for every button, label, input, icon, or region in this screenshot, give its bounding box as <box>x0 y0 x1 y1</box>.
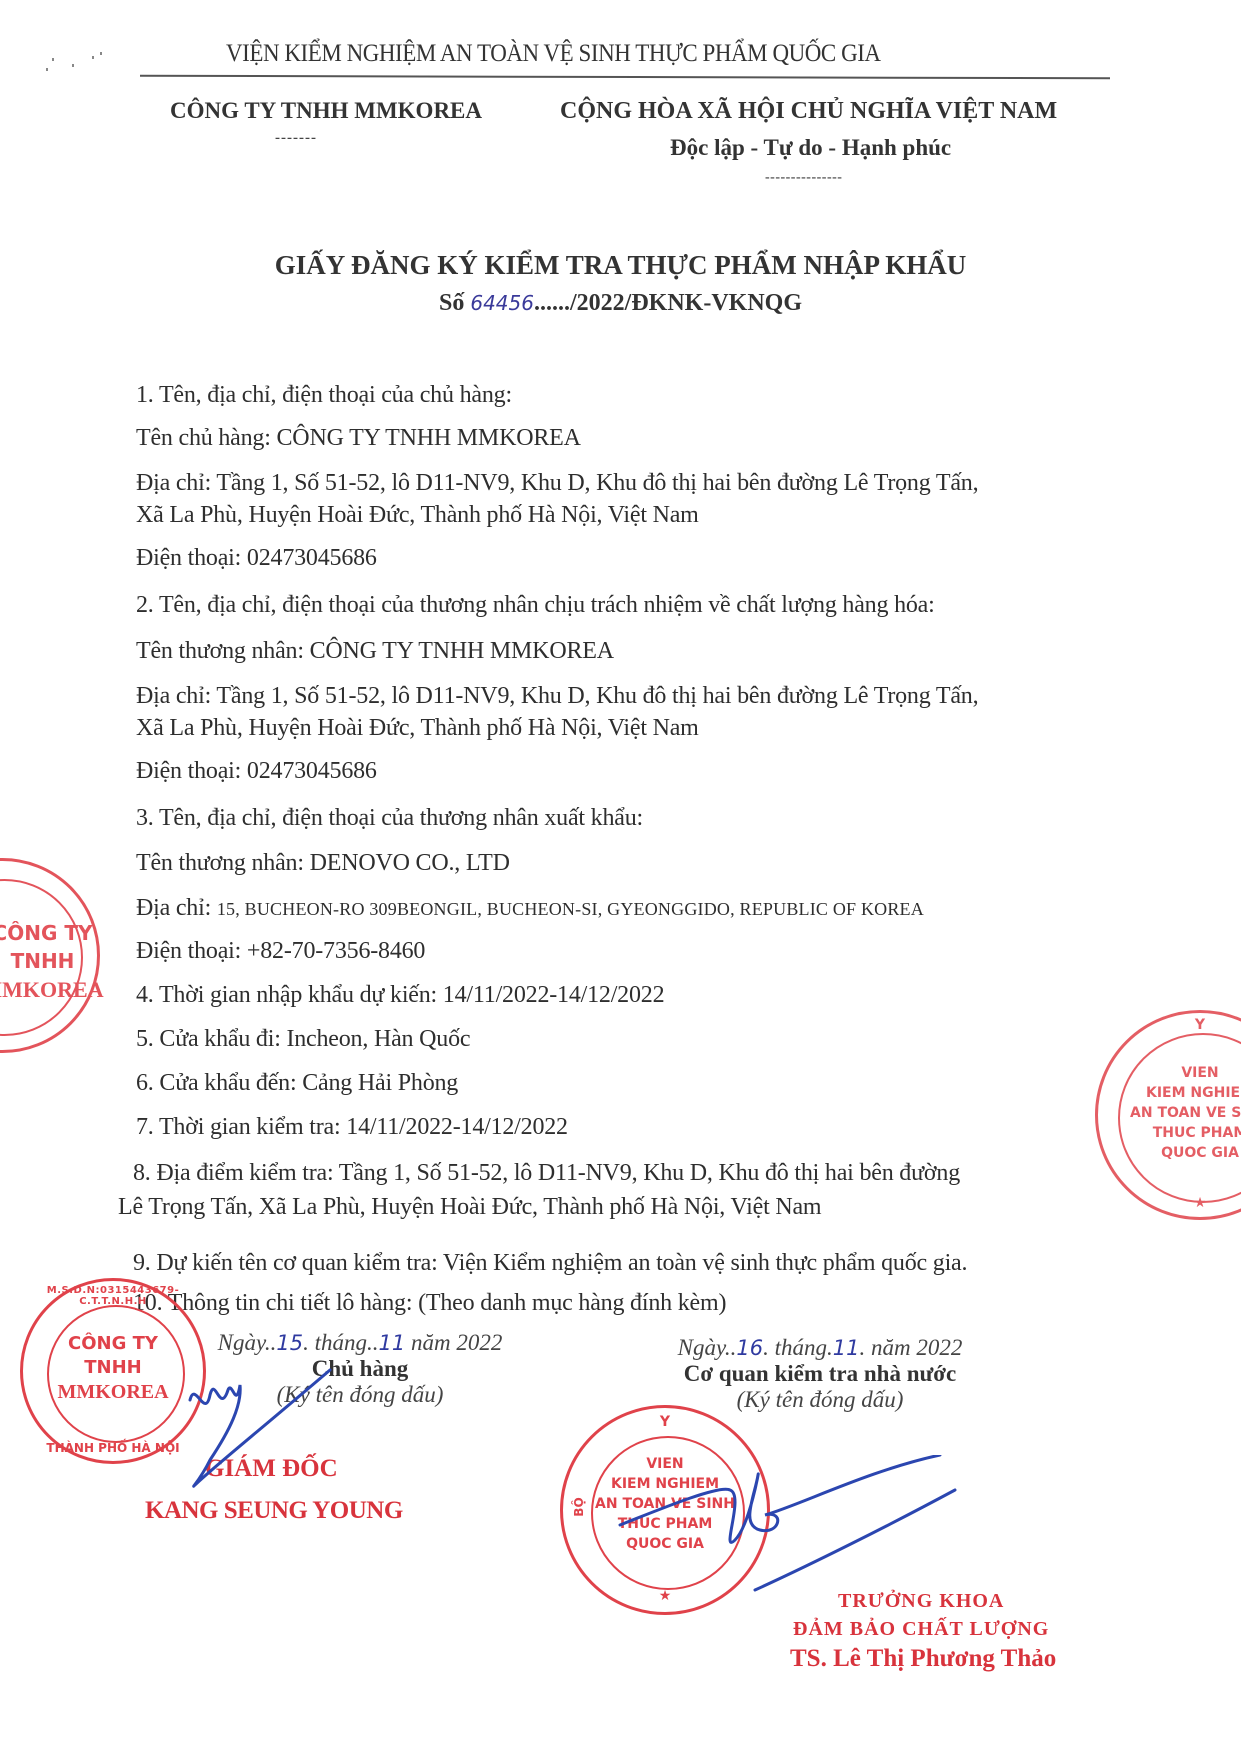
field-label: Tên thương nhân: <box>136 638 310 664</box>
authority-title-line1: TRƯỞNG KHOA <box>838 1590 1004 1613</box>
field-label: Địa chỉ: <box>136 470 216 496</box>
number-handwritten: 64456 <box>470 291 534 315</box>
section-1-address-cont: Xã La Phù, Huyện Hoài Đức, Thành phố Hà … <box>136 502 699 529</box>
section-2-phone: Điện thoại: 02473045686 <box>136 758 377 785</box>
document-number: Số 64456....../2022/ĐKNK-VKNQG <box>0 290 1241 317</box>
stamp-text: KIEM NGHIEM <box>1098 1085 1241 1101</box>
date-text: . năm 2022 <box>860 1335 963 1360</box>
stamp-text: VIEN <box>1098 1065 1241 1081</box>
stamp-text: AN TOAN VE SINH <box>1098 1105 1241 1121</box>
section-1-address: Địa chỉ: Tầng 1, Số 51-52, lô D11-NV9, K… <box>136 470 978 497</box>
field-label: Điện thoại: <box>136 545 247 571</box>
field-value: Tầng 1, Số 51-52, lô D11-NV9, Khu D, Khu… <box>216 470 978 496</box>
authority-title-line2: ĐẢM BẢO CHẤT LƯỢNG <box>793 1618 1049 1641</box>
handwritten-month: 11 <box>379 1331 406 1355</box>
institute-header: VIỆN KIỂM NGHIỆM AN TOÀN VỆ SINH THỰC PH… <box>226 40 881 68</box>
stamp-text: MMKOREA <box>0 977 137 1003</box>
authority-note: (Ký tên đóng dấu) <box>650 1387 990 1413</box>
handwritten-month: 11 <box>833 1336 860 1360</box>
section-1-phone: Điện thoại: 02473045686 <box>136 545 377 572</box>
field-value: DENOVO CO., LTD <box>310 850 510 876</box>
section-3-phone: Điện thoại: +82-70-7356-8460 <box>136 938 425 965</box>
field-value: 02473045686 <box>247 545 377 571</box>
owner-signature <box>170 1340 350 1500</box>
section-6: 6. Cửa khẩu đến: Cảng Hải Phòng <box>136 1070 458 1097</box>
field-value: CÔNG TY TNHH MMKOREA <box>310 638 614 664</box>
header-rule <box>140 75 1110 81</box>
owner-name: KANG SEUNG YOUNG <box>145 1497 403 1525</box>
stamp-ring-text: M.S.D.N:0315443679-C.T.T.N.H.H <box>23 1285 203 1307</box>
nation-title: CỘNG HÒA XÃ HỘI CHỦ NGHĨA VIỆT NAM <box>560 98 1057 125</box>
motto-divider: --------------- <box>765 170 842 186</box>
field-value: 02473045686 <box>247 758 377 784</box>
section-10: 10. Thông tin chi tiết lô hàng: (Theo da… <box>133 1290 726 1317</box>
section-3-address: Địa chỉ: 15, BUCHEON-RO 309BEONGIL, BUCH… <box>136 895 924 922</box>
section-2-heading: 2. Tên, địa chỉ, điện thoại của thương n… <box>136 592 935 619</box>
section-2-address: Địa chỉ: Tầng 1, Số 51-52, lô D11-NV9, K… <box>136 683 978 710</box>
stamp-text: THUC PHAM <box>1098 1125 1241 1141</box>
section-4: 4. Thời gian nhập khẩu dự kiến: 14/11/20… <box>136 982 664 1009</box>
stamp-text: CÔNG TY <box>0 921 137 945</box>
scan-specks <box>42 50 122 80</box>
national-motto: Độc lập - Tự do - Hạnh phúc <box>670 135 951 161</box>
section-3-name: Tên thương nhân: DENOVO CO., LTD <box>136 850 510 877</box>
field-label: Tên thương nhân: <box>136 850 310 876</box>
field-value: Tầng 1, Số 51-52, lô D11-NV9, Khu D, Khu… <box>216 683 978 709</box>
field-label: Điện thoại: <box>136 758 247 784</box>
field-label: Tên chủ hàng: <box>136 425 277 451</box>
field-value: +82-70-7356-8460 <box>247 938 425 964</box>
company-divider: ------- <box>275 130 317 147</box>
field-label: Địa chỉ: <box>136 683 216 709</box>
authority-date: Ngày..16. tháng.11. năm 2022 <box>650 1335 990 1361</box>
field-label: Điện thoại: <box>136 938 247 964</box>
company-stamp-partial: CÔNG TY TNHH MMKOREA <box>0 858 100 1053</box>
document-title: GIẤY ĐĂNG KÝ KIỂM TRA THỰC PHẨM NHẬP KHẨ… <box>0 250 1241 281</box>
company-name: CÔNG TY TNHH MMKOREA <box>170 98 482 124</box>
date-text: năm 2022 <box>405 1330 502 1355</box>
authority-signature-block: Ngày..16. tháng.11. năm 2022 Cơ quan kiể… <box>650 1335 990 1413</box>
number-prefix: Số <box>439 290 470 316</box>
section-9: 9. Dự kiến tên cơ quan kiểm tra: Viện Ki… <box>133 1250 967 1277</box>
authority-role: Cơ quan kiểm tra nhà nước <box>650 1361 990 1387</box>
section-7: 7. Thời gian kiểm tra: 14/11/2022-14/12/… <box>136 1114 568 1141</box>
stamp-text: Y <box>1098 1017 1241 1033</box>
section-2-name: Tên thương nhân: CÔNG TY TNHH MMKOREA <box>136 638 614 665</box>
star-icon: ★ <box>1098 1195 1241 1211</box>
stamp-text: TNHH <box>0 949 137 973</box>
section-1-name: Tên chủ hàng: CÔNG TY TNHH MMKOREA <box>136 425 581 452</box>
stamp-text: BỘ <box>572 1497 586 1517</box>
section-8-cont: Lê Trọng Tấn, Xã La Phù, Huyện Hoài Đức,… <box>118 1194 821 1221</box>
section-1-heading: 1. Tên, địa chỉ, điện thoại của chủ hàng… <box>136 382 512 409</box>
date-text: . tháng. <box>763 1335 833 1360</box>
authority-name: TS. Lê Thị Phương Thảo <box>790 1645 1056 1673</box>
field-value: CÔNG TY TNHH MMKOREA <box>277 425 581 451</box>
section-2-address-cont: Xã La Phù, Huyện Hoài Đức, Thành phố Hà … <box>136 715 699 742</box>
number-suffix: ....../2022/ĐKNK-VKNQG <box>534 290 802 316</box>
section-8: 8. Địa điểm kiểm tra: Tầng 1, Số 51-52, … <box>133 1160 960 1187</box>
stamp-text: Y <box>563 1414 767 1430</box>
institute-stamp-partial: Y VIEN KIEM NGHIEM AN TOAN VE SINH THUC … <box>1095 1010 1241 1220</box>
stamp-text: QUOC GIA <box>1098 1145 1241 1161</box>
handwritten-day: 16 <box>736 1336 763 1360</box>
section-5: 5. Cửa khẩu đi: Incheon, Hàn Quốc <box>136 1026 470 1053</box>
section-3-heading: 3. Tên, địa chỉ, điện thoại của thương n… <box>136 805 643 832</box>
field-value: 15, BUCHEON-RO 309BEONGIL, BUCHEON-SI, G… <box>217 899 924 919</box>
field-label: Địa chỉ: <box>136 895 217 921</box>
date-text: Ngày.. <box>678 1335 737 1360</box>
